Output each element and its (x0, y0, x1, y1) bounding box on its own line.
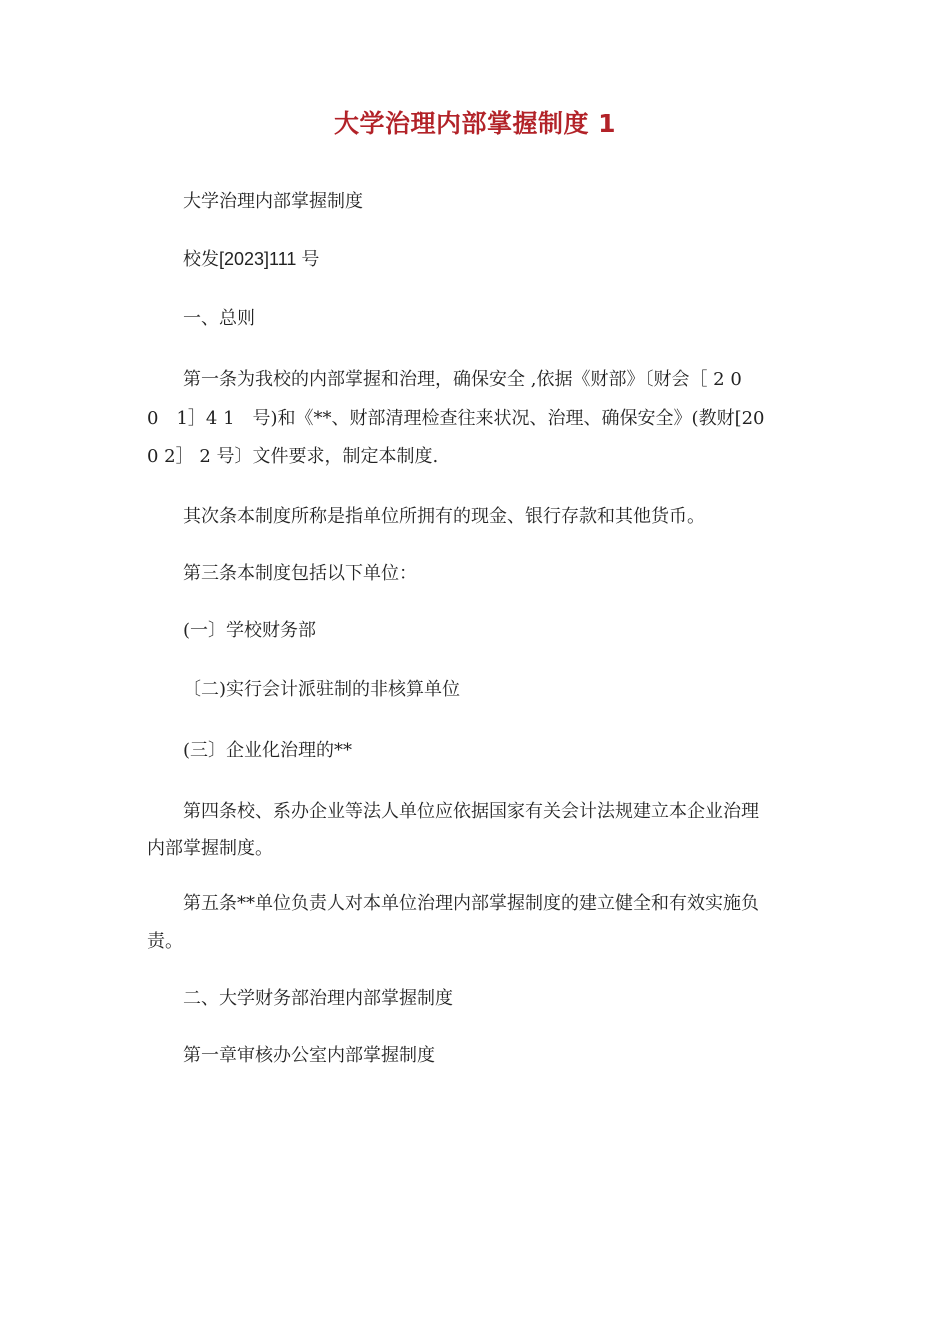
document-number: 校发[2023]111 号 (183, 249, 319, 269)
article-2: 其次条本制度所称是指单位所拥有的现金、银行存款和其他货币。 (183, 507, 705, 527)
article-1-line-2: 0 1］4 1 号)和《**、财部清理检查往来状况、治理、确保安全》(教财[20 (147, 409, 765, 429)
article-1-line-3: 0 2］ 2 号〕文件要求，制定本制度. (147, 447, 438, 467)
article-5-line-2: 责。 (147, 932, 183, 952)
article-4-line-2: 内部掌握制度。 (147, 839, 273, 859)
article-4-line-1: 第四条校、系办企业等法人单位应依据国家有关会计法规建立本企业治理 (183, 802, 759, 822)
article-1-line-1: 第一条为我校的内部掌握和治理，确保安全 ,依据《财部》〔财会［ 2 0 (183, 370, 742, 390)
chapter-heading-audit-office: 第一章审核办公室内部掌握制度 (183, 1046, 435, 1066)
list-item-1: (一〕学校财务部 (183, 621, 316, 641)
section-heading-general: 一、总则 (183, 309, 255, 329)
article-3: 第三条本制度包括以下单位： (183, 564, 417, 584)
article-5-line-1: 第五条**单位负责人对本单位治理内部掌握制度的建立健全和有效实施负 (183, 894, 759, 914)
list-item-2: 〔二)实行会计派驻制的非核算单位 (183, 680, 460, 700)
section-heading-finance: 二、大学财务部治理内部掌握制度 (183, 989, 453, 1009)
document-subtitle: 大学治理内部掌握制度 (183, 192, 363, 212)
list-item-3: (三〕企业化治理的** (183, 741, 352, 761)
document-title: 大学治理内部掌握制度 1 (0, 104, 950, 140)
